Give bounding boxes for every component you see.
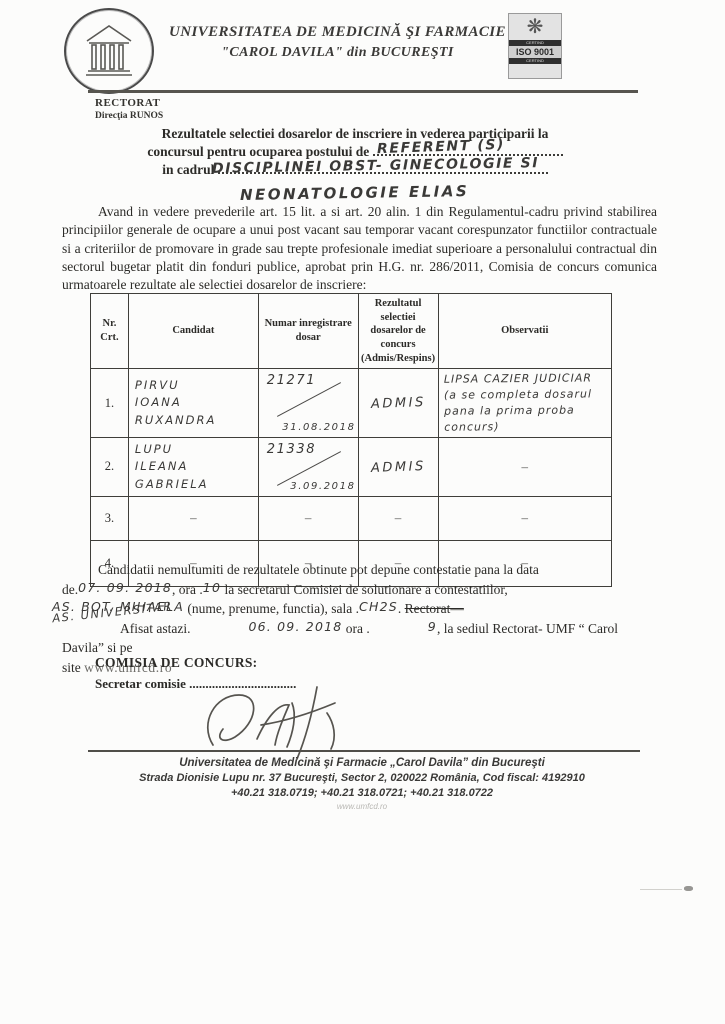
footer-url: www.umfcd.ro [62, 802, 662, 811]
row3-candidat: – [128, 496, 258, 540]
handwritten-discipline-line2: NEONATOLOGIE ELIAS [240, 182, 469, 204]
row1-rezultat: ADMIS [358, 369, 438, 438]
col-header-observatii: Observatii [438, 294, 611, 369]
row3-rezultat: – [358, 496, 438, 540]
handwritten-admis: ADMIS [370, 395, 425, 412]
handwritten-admis: ADMIS [370, 459, 425, 476]
handwritten-contest-date: 07. 09. 2018 [78, 579, 172, 597]
handwritten-candidate-name: LUPU ILEANA GABRIELA [135, 441, 230, 493]
afisat-label: Afisat astazi. [120, 621, 190, 636]
row1-observatii: LIPSA CAZIER JUDICIAR (a se completa dos… [438, 369, 611, 438]
university-name-line2: "CAROL DAVILA" din BUCUREŞTI [165, 45, 510, 61]
certind-band-bottom: CERTIND [509, 58, 561, 64]
scan-speck [684, 886, 693, 891]
row3-observatii: – [438, 496, 611, 540]
contest-ora: , ora . [172, 582, 203, 597]
iso-9001-label: ISO 9001 [509, 46, 561, 58]
struck-rectorat: Rectorat— [405, 601, 464, 616]
title-line-4: NEONATOLOGIE ELIAS [70, 184, 640, 202]
title-line-3: in cadrul DISCIPLINEI OBST- GINECOLOGIE … [70, 162, 640, 178]
university-seal-logo [64, 8, 154, 94]
row3-numar: – [258, 496, 358, 540]
col-header-nr: Nr. Crt. [91, 294, 129, 369]
row2-rezultat: ADMIS [358, 438, 438, 497]
handwritten-registration-number: 21338 [267, 442, 316, 457]
results-table: Nr. Crt. Candidat Numar inregistrare dos… [90, 293, 612, 587]
contest-rest: la secretarul Comisiei de solutionare a … [221, 582, 508, 597]
university-name: UNIVERSITATEA DE MEDICINĂ ŞI FARMACIE "C… [165, 24, 510, 61]
secretary-label: Secretar comisie [95, 676, 186, 691]
commission-title: COMISIA DE CONCURS: [95, 655, 296, 671]
department-block: RECTORAT Direcţia RUNOS [95, 97, 163, 121]
rectorat-label: RECTORAT [95, 97, 163, 109]
handwritten-afisat-hour: 9 [370, 618, 437, 636]
row1-nr: 1. [91, 369, 129, 438]
contest-line2: de.07. 09. 2018, ora .10 la secretarul C… [62, 580, 662, 600]
header-divider [88, 90, 638, 93]
handwritten-contest-hour: 10 [203, 579, 221, 597]
row1-numar: 21271 31.08.2018 [258, 369, 358, 438]
temple-columns-icon [77, 19, 141, 83]
footer-university: Universitatea de Medicină şi Farmacie „C… [62, 757, 662, 769]
certind-star-icon: ❋ [509, 14, 561, 40]
document-title: Rezultatele selectiei dosarelor de inscr… [70, 126, 640, 204]
handwritten-candidate-name: PIRVU IOANA RUXANDRA [135, 377, 230, 429]
afisat-ora: ora . [342, 621, 369, 636]
intro-paragraph: Avand in vedere prevederile art. 15 lit.… [62, 203, 657, 295]
handwritten-signature [195, 683, 375, 766]
row2-observatii: – [438, 438, 611, 497]
footer-divider [88, 750, 640, 752]
iso-certification-badge: ❋ CERTIND ISO 9001 CERTIND [508, 13, 562, 79]
fill-in-line-department: DISCIPLINEI OBST- GINECOLOGIE SI [218, 172, 548, 174]
handwritten-sala: CH2S [359, 598, 398, 616]
scan-speck-line [640, 889, 682, 890]
row2-nr: 2. [91, 438, 129, 497]
handwritten-registration-date: 3.09.2018 [290, 481, 355, 492]
title-line3-printed: in cadrul [162, 162, 214, 177]
row1-candidat: PIRVU IOANA RUXANDRA [128, 369, 258, 438]
footer-block: Universitatea de Medicină şi Farmacie „C… [62, 757, 662, 811]
table-row: 3. – – – – [91, 496, 612, 540]
footer-phones: +40.21 318.0719; +40.21 318.0721; +40.21… [62, 787, 662, 799]
handwritten-registration-number: 21271 [267, 373, 316, 388]
footer-address: Strada Dionisie Lupu nr. 37 Bucureşti, S… [62, 772, 662, 784]
col-header-rezultat: Rezultatul selectiei dosarelor de concur… [358, 294, 438, 369]
site-label: site [62, 660, 84, 675]
handwritten-observation: LIPSA CAZIER JUDICIAR (a se completa dos… [443, 370, 606, 435]
table-row: 2. LUPU ILEANA GABRIELA 21338 3.09.2018 … [91, 438, 612, 497]
contest-line1: Candidatii nemultumiti de rezultatele ob… [62, 560, 662, 580]
handwritten-afisat-date: 06. 09. 2018 [190, 618, 342, 636]
contest-nume-label: (nume, prenume, functia), sala . [187, 601, 359, 616]
directia-runos-label: Direcţia RUNOS [95, 111, 163, 121]
handwritten-post-name: REFERENT (S) [376, 137, 505, 157]
contest-de: de. [62, 582, 78, 597]
title-line2-printed: concursul pentru ocuparea postului de [147, 144, 369, 159]
contest-line4: Afisat astazi.06. 09. 2018 ora .9, la se… [62, 619, 662, 658]
university-name-line1: UNIVERSITATEA DE MEDICINĂ ŞI FARMACIE [165, 24, 510, 41]
row2-candidat: LUPU ILEANA GABRIELA [128, 438, 258, 497]
handwritten-registration-date: 31.08.2018 [282, 422, 355, 433]
title-line-1: Rezultatele selectiei dosarelor de inscr… [70, 126, 640, 142]
col-header-numar: Numar inregistrare dosar [258, 294, 358, 369]
table-header-row: Nr. Crt. Candidat Numar inregistrare dos… [91, 294, 612, 369]
scanned-document-page: UNIVERSITATEA DE MEDICINĂ ŞI FARMACIE "C… [0, 0, 725, 1024]
row2-numar: 21338 3.09.2018 [258, 438, 358, 497]
table-row: 1. PIRVU IOANA RUXANDRA 21271 31.08.2018… [91, 369, 612, 438]
document-header: UNIVERSITATEA DE MEDICINĂ ŞI FARMACIE "C… [0, 0, 725, 95]
col-header-candidat: Candidat [128, 294, 258, 369]
row3-nr: 3. [91, 496, 129, 540]
